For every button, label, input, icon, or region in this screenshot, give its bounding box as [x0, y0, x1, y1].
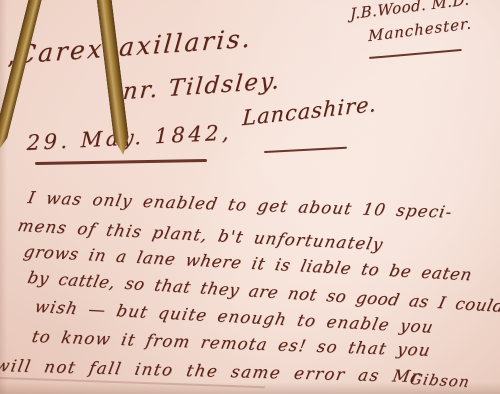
herbarium-label-photo: J.B.Wood. M.D. Manchester. , Carex axill…	[0, 0, 500, 394]
note-line: Gibson	[408, 370, 472, 391]
species-name: Carex axillaris.	[15, 24, 253, 70]
city-underline	[369, 49, 462, 59]
county: Lancashire.	[242, 92, 378, 130]
collection-date: 29. May. 1842,	[27, 120, 233, 155]
date-underline	[35, 159, 207, 165]
note-line: I was only enabled to get about 10 speci…	[26, 188, 454, 222]
county-underline	[264, 147, 347, 153]
note-line: will not fall into the same error as Mr	[0, 356, 423, 386]
locality: nr. Tildsley.	[122, 68, 283, 105]
